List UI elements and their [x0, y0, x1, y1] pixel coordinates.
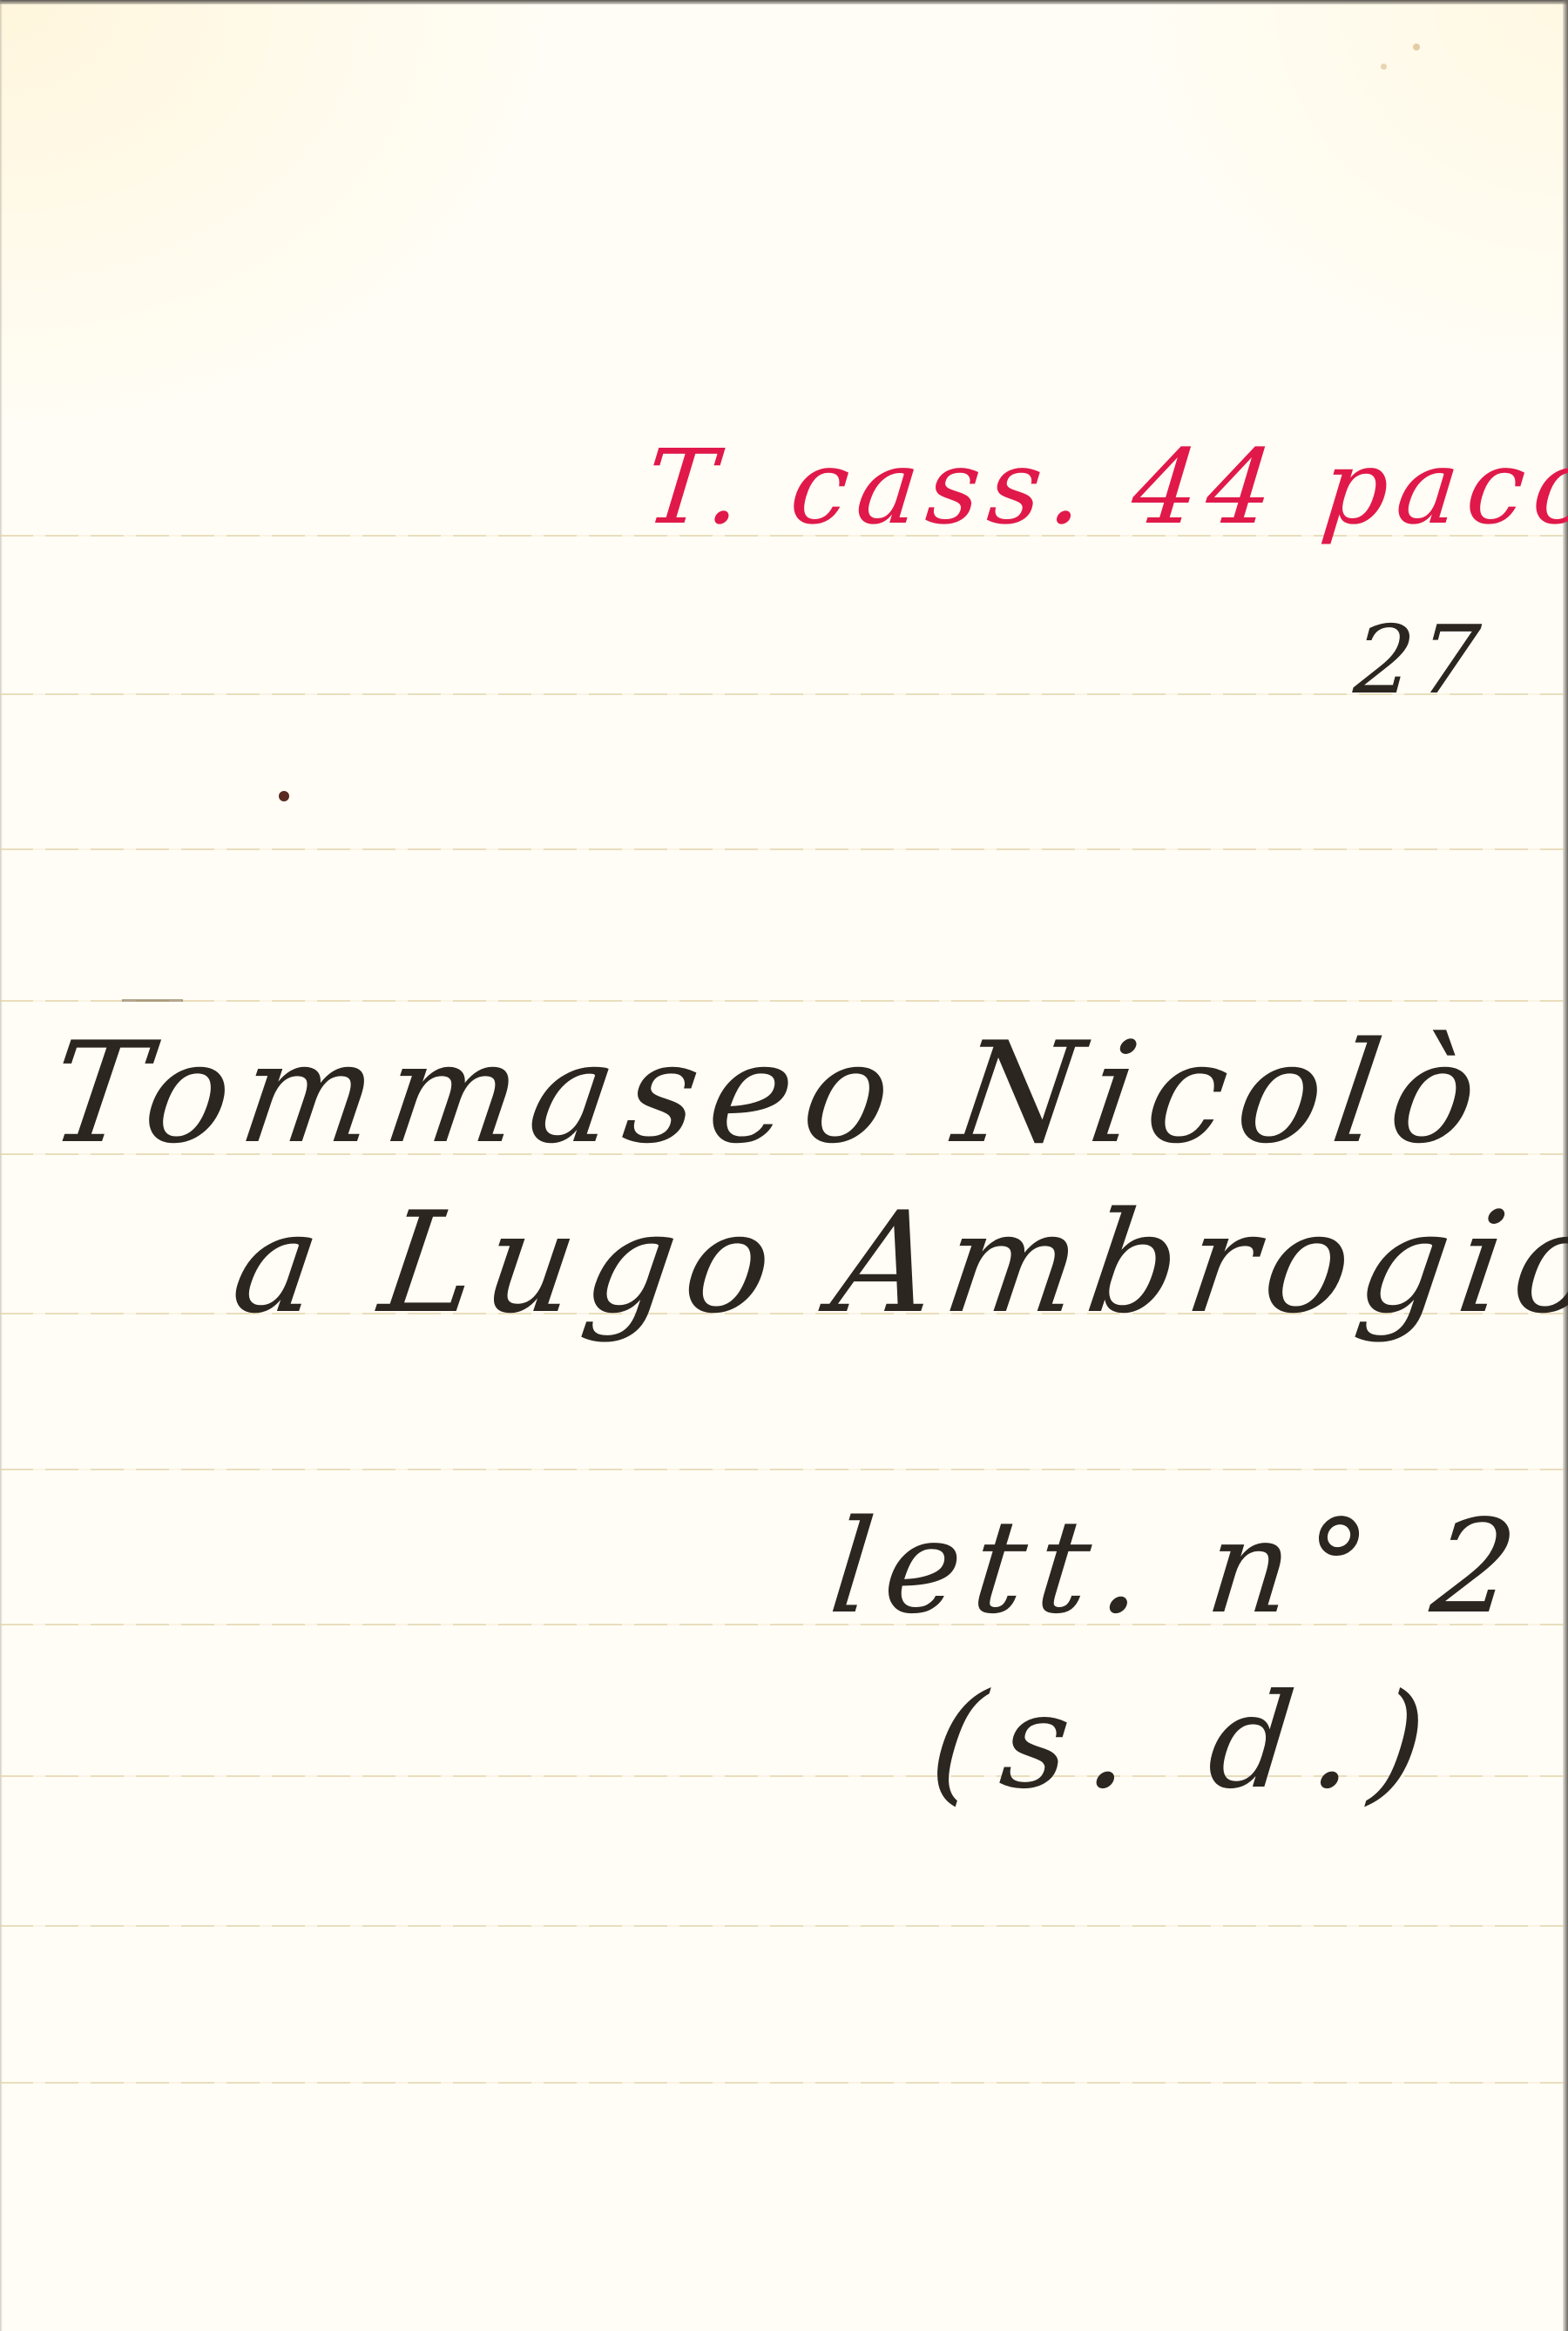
card-top-edge [0, 0, 1568, 4]
ruled-line-mark [122, 999, 183, 1002]
index-card: T. cass. 44 pacco 97. 27 Tommaseo Nicolò… [0, 0, 1568, 2331]
card-left-edge [0, 0, 3, 2331]
ink-dot [279, 791, 289, 801]
ruled-line [0, 693, 1564, 695]
ruled-line [0, 1000, 1564, 1002]
foxing-spot [1413, 44, 1420, 51]
ruled-line [0, 1469, 1564, 1470]
ruled-line [0, 848, 1564, 850]
card-number: 27 [1351, 614, 1488, 708]
foxing-spot [1381, 64, 1387, 70]
recipient-name: a Lugo Ambrogio. [226, 1193, 1568, 1333]
card-right-edge [1563, 0, 1568, 2331]
ruled-line [0, 2082, 1564, 2084]
letter-date: (s. d.) [925, 1677, 1450, 1807]
letter-number: lett. n° 2 [825, 1503, 1534, 1632]
ruled-line [0, 1925, 1564, 1927]
shelfmark-text: T. cass. 44 pacco 97. [641, 436, 1568, 538]
author-name: Tommaseo Nicolò [43, 1024, 1498, 1163]
